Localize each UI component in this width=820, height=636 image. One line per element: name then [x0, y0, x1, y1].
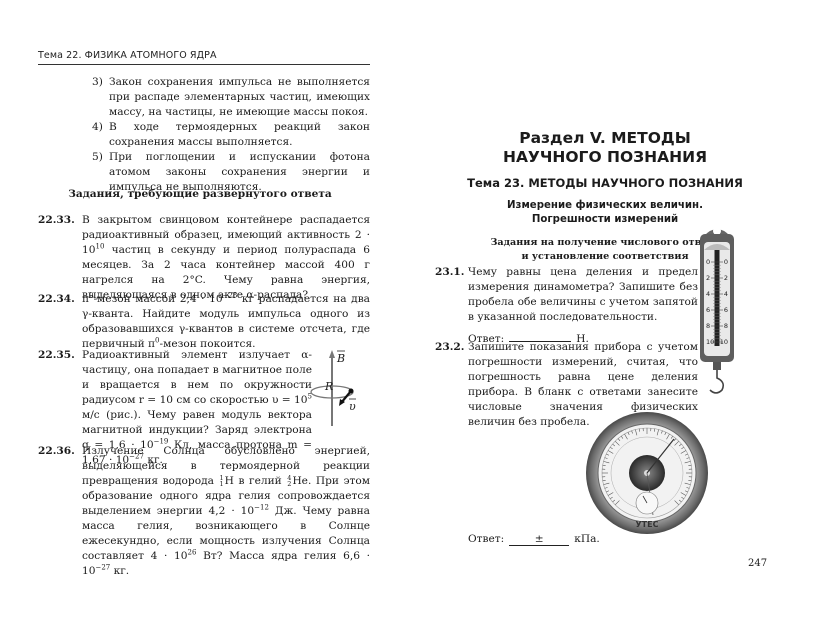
task-22-34: 22.34. π0-мезон массой 2,4 · 10−28 кг ра…	[38, 292, 370, 352]
list-item: 4)В ходе термоядерных реакций закон сохр…	[92, 120, 370, 150]
task-text: В закрытом свинцовом контейнере распадае…	[82, 213, 370, 303]
task-22-36: 22.36. Излучение Солнца обусловлено энер…	[38, 444, 370, 579]
svg-text:8: 8	[724, 322, 728, 330]
task-23-1: 23.1. Чему равны цена деления и предел и…	[435, 265, 698, 347]
answer-blank[interactable]: ±	[509, 533, 569, 546]
svg-text:2: 2	[706, 274, 710, 282]
svg-text:8: 8	[706, 322, 710, 330]
section-title: Раздел V. МЕТОДЫ НАУЧНОГО ПОЗНАНИЯ	[460, 129, 750, 167]
magnetic-field-figure: B R υ	[305, 348, 365, 428]
svg-text:B: B	[336, 352, 345, 365]
task-number: 22.35.	[38, 348, 75, 363]
task-text: π0-мезон массой 2,4 · 10−28 кг распадает…	[82, 292, 370, 352]
svg-text:2: 2	[724, 274, 728, 282]
barometer-image: УТЕС	[585, 411, 709, 535]
svg-text:6: 6	[724, 306, 728, 314]
right-page: Раздел V. МЕТОДЫ НАУЧНОГО ПОЗНАНИЯ Тема …	[410, 0, 820, 636]
svg-text:0: 0	[706, 258, 710, 266]
svg-text:4: 4	[706, 290, 710, 298]
svg-text:УТЕС: УТЕС	[636, 520, 659, 529]
task-number: 22.34.	[38, 292, 75, 307]
answer-options-list: 3)Закон сохранения импульса не выполняет…	[92, 75, 370, 195]
dynamometer-image: 00224466881010	[696, 222, 738, 398]
page-number: 247	[748, 558, 767, 569]
task-text: Чему равны цена деления и предел измерен…	[468, 265, 698, 325]
task-number: 22.33.	[38, 213, 75, 228]
svg-text:0: 0	[724, 258, 728, 266]
task-22-33: 22.33. В закрытом свинцовом контейнере р…	[38, 213, 370, 303]
subheading: Задания, требующие развернутого ответа	[30, 188, 370, 200]
task-number: 23.2.	[435, 340, 465, 355]
svg-text:4: 4	[724, 290, 728, 298]
task-number: 23.1.	[435, 265, 465, 280]
answer-line-23-2: Ответ:±кПа.	[468, 532, 600, 547]
running-head: Тема 22. ФИЗИКА АТОМНОГО ЯДРА	[38, 50, 370, 65]
svg-text:R: R	[324, 380, 333, 393]
topic-title: Тема 23. МЕТОДЫ НАУЧНОГО ПОЗНАНИЯ	[430, 176, 780, 190]
svg-text:υ: υ	[349, 400, 356, 413]
task-text: Излучение Солнца обусловлено энергией, в…	[82, 444, 370, 579]
task-number: 22.36.	[38, 444, 75, 459]
svg-text:6: 6	[706, 306, 710, 314]
left-page: Тема 22. ФИЗИКА АТОМНОГО ЯДРА 3)Закон со…	[0, 0, 410, 636]
list-item: 3)Закон сохранения импульса не выполняет…	[92, 75, 370, 120]
